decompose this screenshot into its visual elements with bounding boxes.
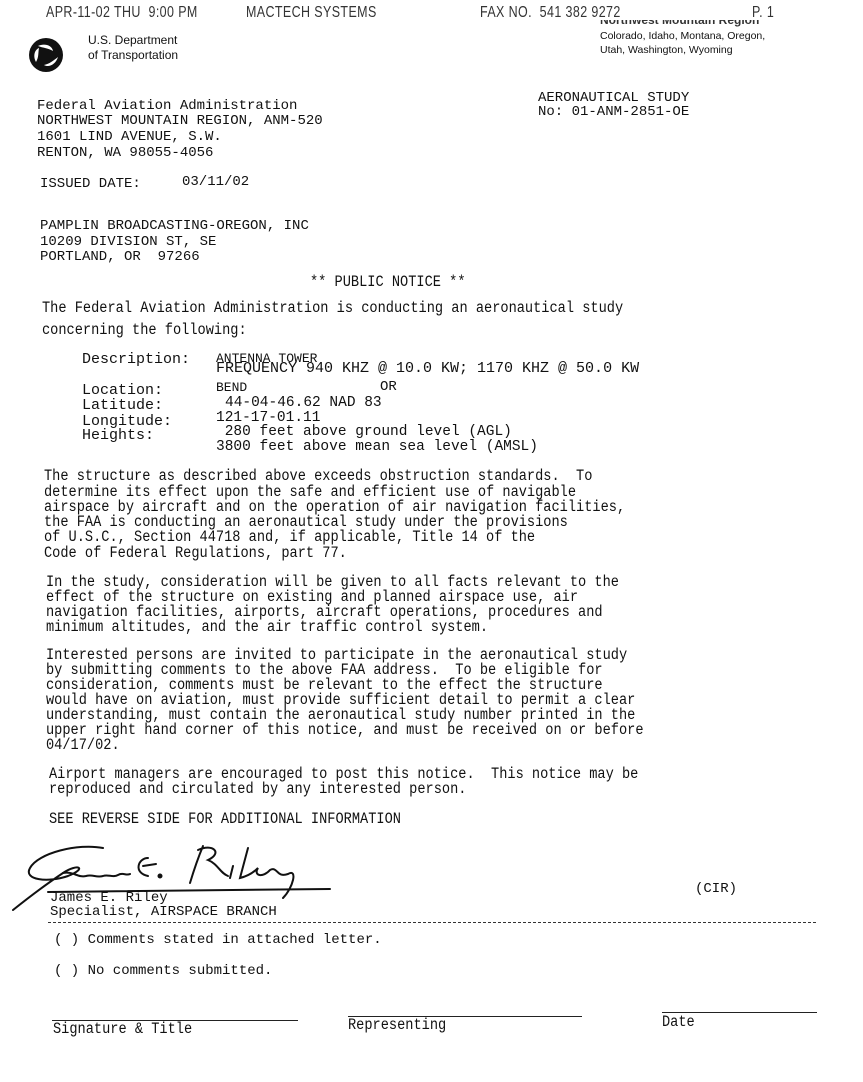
department-line1: U.S. Department bbox=[88, 33, 177, 48]
recipient-address-line: 10209 DIVISION ST, SE bbox=[40, 235, 216, 249]
dot-logo-icon bbox=[28, 37, 64, 73]
signer-code: (CIR) bbox=[695, 882, 737, 896]
response-option-attached-letter[interactable]: ( ) Comments stated in attached letter. bbox=[54, 933, 382, 947]
signer-name: James E. Riley bbox=[50, 891, 168, 905]
response-option-no-comments[interactable]: ( ) No comments submitted. bbox=[54, 964, 272, 978]
issued-date-label: ISSUED DATE: bbox=[40, 177, 141, 191]
paragraph-line: of U.S.C., Section 44718 and, if applica… bbox=[44, 530, 535, 545]
latitude-label: Latitude: bbox=[82, 399, 163, 413]
height-agl: 280 feet above ground level (AGL) bbox=[216, 425, 512, 439]
longitude-value: 121-17-01.11 bbox=[216, 411, 320, 425]
region-name: Northwest Mountain Region bbox=[600, 13, 759, 27]
paragraph-line: Code of Federal Regulations, part 77. bbox=[44, 546, 347, 561]
sender-address-line: Federal Aviation Administration bbox=[37, 99, 297, 113]
signer-title: Specialist, AIRSPACE BRANCH bbox=[50, 905, 277, 919]
location-city: BEND bbox=[216, 381, 247, 395]
sender-address-line: RENTON, WA 98055-4056 bbox=[37, 146, 213, 160]
region-states-line1: Colorado, Idaho, Montana, Oregon, bbox=[600, 29, 765, 43]
paragraph-line: minimum altitudes, and the air traffic c… bbox=[46, 620, 488, 635]
paragraph-line: reproduced and circulated by any interes… bbox=[49, 782, 466, 797]
fax-number: FAX NO. 541 382 9272 bbox=[480, 4, 621, 22]
fax-datetime: APR-11-02 THU 9:00 PM bbox=[46, 4, 198, 22]
department-line2: of Transportation bbox=[88, 48, 178, 63]
paragraph-line: The structure as described above exceeds… bbox=[44, 469, 592, 484]
intro-line: The Federal Aviation Administration is c… bbox=[42, 301, 623, 316]
fax-sender: MACTECH SYSTEMS bbox=[246, 4, 377, 22]
notice-title: ** PUBLIC NOTICE ** bbox=[310, 275, 466, 290]
fax-page: P. 1 bbox=[752, 4, 774, 22]
signature-title-label: Signature & Title bbox=[53, 1022, 192, 1037]
latitude-value: 44-04-46.62 NAD 83 bbox=[225, 396, 382, 410]
representing-label: Representing bbox=[348, 1018, 446, 1033]
description-line2: FREQUENCY 940 KHZ @ 10.0 KW; 1170 KHZ @ … bbox=[216, 362, 639, 376]
location-state: OR bbox=[380, 380, 397, 394]
location-label: Location: bbox=[82, 384, 163, 398]
description-label: Description: bbox=[82, 353, 190, 367]
recipient-address-line: PAMPLIN BROADCASTING-OREGON, INC bbox=[40, 219, 309, 233]
recipient-address-line: PORTLAND, OR 97266 bbox=[40, 250, 200, 264]
date-label: Date bbox=[662, 1015, 695, 1030]
sender-address-line: 1601 LIND AVENUE, S.W. bbox=[37, 130, 222, 144]
see-reverse-note: SEE REVERSE SIDE FOR ADDITIONAL INFORMAT… bbox=[49, 812, 401, 827]
comment-deadline: 04/17/02. bbox=[46, 738, 120, 753]
intro-line: concerning the following: bbox=[42, 323, 247, 338]
region-states-line2: Utah, Washington, Wyoming bbox=[600, 43, 733, 57]
sender-address-line: NORTHWEST MOUNTAIN REGION, ANM-520 bbox=[37, 114, 323, 128]
issued-date: 03/11/02 bbox=[182, 175, 249, 189]
study-label: AERONAUTICAL STUDY bbox=[538, 91, 689, 105]
tear-line-divider bbox=[48, 922, 816, 923]
height-amsl: 3800 feet above mean sea level (AMSL) bbox=[216, 440, 538, 454]
study-number: No: 01-ANM-2851-OE bbox=[538, 105, 689, 119]
paragraph-line: upper right hand corner of this notice, … bbox=[46, 723, 644, 738]
heights-label: Heights: bbox=[82, 429, 154, 443]
